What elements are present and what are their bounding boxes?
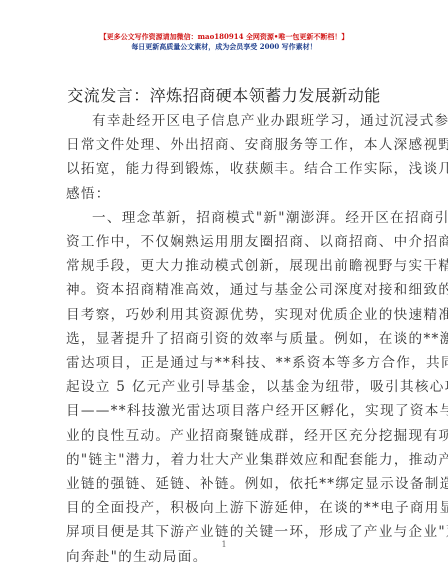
text-line: 起设立 5 亿元产业引导基金，以基金为纽带，吸引其核心项 <box>66 375 386 399</box>
text-line: 资工作中，不仅娴熟运用朋友圈招商、以商招商、中介招商等 <box>66 230 386 254</box>
text-line: 业的良性互动。产业招商聚链成群，经开区充分挖掘现有项目 <box>66 424 386 448</box>
text-line: 雷达项目，正是通过与**科技、**系资本等多方合作，共同发 <box>66 351 386 375</box>
text-line: 日常文件处理、外出招商、安商服务等工作，本人深感视野得 <box>66 133 386 157</box>
text-line: 以拓宽，能力得到锻炼，收获颇丰。结合工作实际，浅谈几点 <box>66 157 386 181</box>
page-number: 1 <box>0 540 448 549</box>
text-line: 目的全面投产，积极向上游下游延伸，在谈的**电子商用显示 <box>66 496 386 520</box>
document-page: 【更多公文写作资源请加微信：mao180914 全网资源•唯一包更新不断档！】 … <box>0 0 448 580</box>
text-line: 常规手段，更大力推动模式创新，展现出前瞻视野与实干精 <box>66 254 386 278</box>
promo-banner-line-2: 每日更新高质量公文素材，成为会员享受 2000 写作素材！ <box>0 42 448 51</box>
text-line: 神。资本招商精准高效，通过与基金公司深度对接和细致的项 <box>66 278 386 302</box>
text-line: 业链的强链、延链、补链。例如，依托**绑定显示设备制造项 <box>66 472 386 496</box>
text-line: 目考察，巧妙利用其资源优势，实现对优质企业的快速精准筛 <box>66 303 386 327</box>
paragraph-intro: 有幸赴经开区电子信息产业办跟班学习，通过沉浸式参与 日常文件处理、外出招商、安商… <box>66 109 386 206</box>
text-line: 的"链主"潜力，着力壮大产业集群效应和配套能力，推动产 <box>66 448 386 472</box>
text-line: 有幸赴经开区电子信息产业办跟班学习，通过沉浸式参与 <box>66 109 386 133</box>
promo-banner-line-1: 【更多公文写作资源请加微信：mao180914 全网资源•唯一包更新不断档！】 <box>0 32 448 41</box>
text-line: 选，显著提升了招商引资的效率与质量。例如，在谈的**激光 <box>66 327 386 351</box>
document-body: 有幸赴经开区电子信息产业办跟班学习，通过沉浸式参与 日常文件处理、外出招商、安商… <box>66 109 386 569</box>
paragraph-section-one: 一、理念革新，招商模式"新"潮澎湃。经开区在招商引 资工作中，不仅娴熟运用朋友圈… <box>66 206 386 569</box>
document-title: 交流发言：淬炼招商硬本领蓄力发展新动能 <box>0 86 448 106</box>
text-line: 一、理念革新，招商模式"新"潮澎湃。经开区在招商引 <box>66 206 386 230</box>
text-line: 感悟： <box>66 182 386 206</box>
text-line: 目——**科技激光雷达项目落户经开区孵化，实现了资本与产 <box>66 399 386 423</box>
